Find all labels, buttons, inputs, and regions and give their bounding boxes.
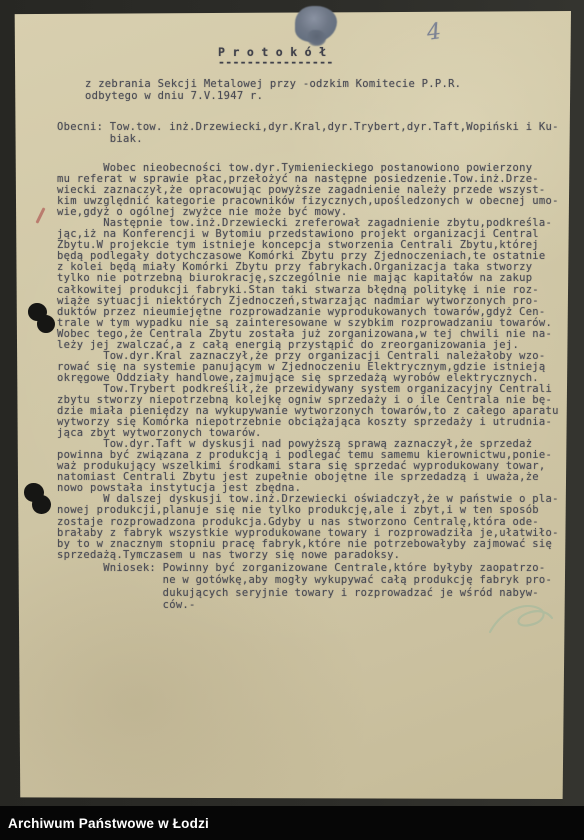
motion-paragraph: Wniosek: Powinny być zorganizowane Centr… bbox=[57, 562, 552, 611]
archive-footer-bar: Archiwum Państwowe w Łodzi bbox=[0, 806, 584, 840]
green-pencil-scribble bbox=[486, 598, 558, 650]
document-body-text: Wobec nieobecności tow.dyr.Tymienieckieg… bbox=[57, 163, 559, 561]
paper-content-layer: 4 P r o t o k ó ł ---------------- z zeb… bbox=[0, 0, 584, 840]
handwritten-page-number: 4 bbox=[426, 19, 443, 46]
ink-dot-bottom-left-b bbox=[32, 495, 51, 514]
attendees-list: Obecni: Tow.tow. inż.Drzewiecki,dyr.Kral… bbox=[57, 122, 559, 145]
ink-blot-stain-tail bbox=[308, 30, 326, 46]
ink-dot-top-left-b bbox=[37, 315, 55, 333]
red-pencil-mark bbox=[35, 207, 45, 224]
scanned-document-view: 4 P r o t o k ó ł ---------------- z zeb… bbox=[0, 0, 584, 840]
title-underline: ---------------- bbox=[218, 55, 334, 69]
document-subtitle: z zebrania Sekcji Metalowej przy -odzkim… bbox=[85, 78, 461, 103]
archive-footer-label: Archiwum Państwowe w Łodzi bbox=[0, 816, 209, 831]
